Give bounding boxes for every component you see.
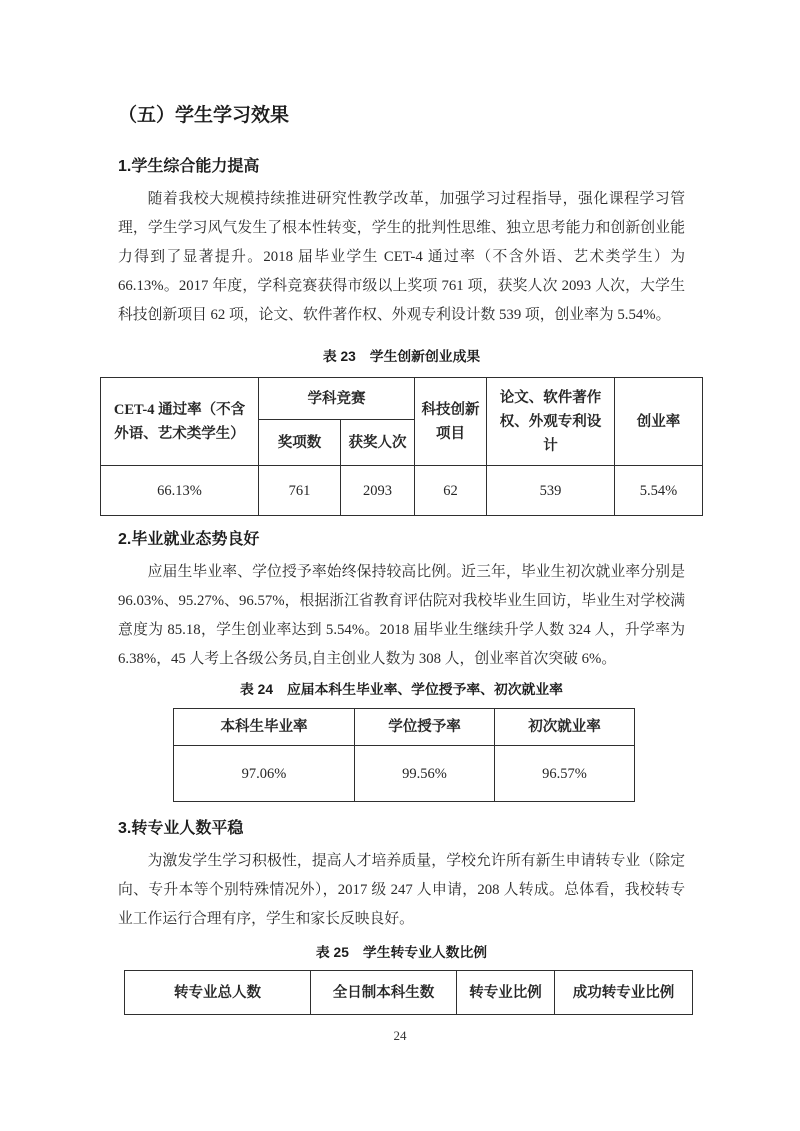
table24-header-degree-rate: 学位授予率 (355, 709, 495, 746)
table23-value-tech-innovation: 62 (415, 466, 487, 516)
table23-value-papers: 539 (487, 466, 615, 516)
table23-header-cet: CET-4 通过率（不含外语、艺术类学生） (101, 378, 259, 466)
table25-header-transfer-total: 转专业总人数 (125, 971, 311, 1015)
table24-value-employment-rate: 96.57% (495, 746, 635, 802)
table25-header-fulltime-undergrad: 全日制本科生数 (311, 971, 457, 1015)
table-row: CET-4 通过率（不含外语、艺术类学生） 学科竞赛 科技创新项目 论文、软件著… (101, 378, 703, 420)
page-number: 24 (0, 1028, 800, 1044)
table-row: 转专业总人数 全日制本科生数 转专业比例 成功转专业比例 (125, 971, 693, 1015)
table23-header-award-count: 奖项数 (259, 420, 341, 466)
table23-header-competition-group: 学科竞赛 (259, 378, 415, 420)
table23-caption-label: 表 23 (323, 349, 356, 364)
table-row: 66.13% 761 2093 62 539 5.54% (101, 466, 703, 516)
table23-header-papers: 论文、软件著作权、外观专利设计 (487, 378, 615, 466)
table24-caption-label: 表 24 (240, 682, 273, 697)
table-row: 97.06% 99.56% 96.57% (174, 746, 635, 802)
subsection-heading-3: 3.转专业人数平稳 (118, 818, 685, 840)
paragraph-1: 随着我校大规模持续推进研究性教学改革，加强学习过程指导，强化课程学习管理，学生学… (118, 185, 685, 330)
table-row: 本科生毕业率 学位授予率 初次就业率 (174, 709, 635, 746)
section-heading: （五）学生学习效果 (118, 103, 685, 129)
table23-value-startup-rate: 5.54% (615, 466, 703, 516)
table23-header-tech-innovation: 科技创新项目 (415, 378, 487, 466)
table-24-graduation-rates: 本科生毕业率 学位授予率 初次就业率 97.06% 99.56% 96.57% (173, 708, 635, 802)
table-25-major-transfer: 转专业总人数 全日制本科生数 转专业比例 成功转专业比例 (124, 970, 693, 1015)
table23-caption: 表 23学生创新创业成果 (118, 347, 685, 367)
table24-header-graduation-rate: 本科生毕业率 (174, 709, 355, 746)
paragraph-2: 应届生毕业率、学位授予率始终保持较高比例。近三年，毕业生初次就业率分别是 96.… (118, 558, 685, 674)
table24-caption: 表 24应届本科生毕业率、学位授予率、初次就业率 (118, 680, 685, 700)
document-page: （五）学生学习效果 1.学生综合能力提高 随着我校大规模持续推进研究性教学改革，… (0, 0, 800, 1131)
table24-header-employment-rate: 初次就业率 (495, 709, 635, 746)
table24-value-degree-rate: 99.56% (355, 746, 495, 802)
table25-caption-title: 学生转专业人数比例 (363, 945, 487, 960)
table25-caption: 表 25学生转专业人数比例 (118, 943, 685, 963)
table25-header-transfer-ratio: 转专业比例 (457, 971, 555, 1015)
table-23-innovation-results: CET-4 通过率（不含外语、艺术类学生） 学科竞赛 科技创新项目 论文、软件著… (100, 377, 703, 516)
table23-header-startup-rate: 创业率 (615, 378, 703, 466)
table23-value-cet: 66.13% (101, 466, 259, 516)
table24-value-graduation-rate: 97.06% (174, 746, 355, 802)
table23-value-award-people: 2093 (341, 466, 415, 516)
table23-header-award-people: 获奖人次 (341, 420, 415, 466)
paragraph-3: 为激发学生学习积极性，提高人才培养质量，学校允许所有新生申请转专业（除定向、专升… (118, 847, 685, 934)
table24-caption-title: 应届本科生毕业率、学位授予率、初次就业率 (287, 682, 563, 697)
subsection-heading-1: 1.学生综合能力提高 (118, 156, 685, 178)
table23-value-award-count: 761 (259, 466, 341, 516)
subsection-heading-2: 2.毕业就业态势良好 (118, 529, 685, 551)
table23-caption-title: 学生创新创业成果 (370, 349, 480, 364)
table25-caption-label: 表 25 (316, 945, 349, 960)
table25-header-success-ratio: 成功转专业比例 (555, 971, 693, 1015)
